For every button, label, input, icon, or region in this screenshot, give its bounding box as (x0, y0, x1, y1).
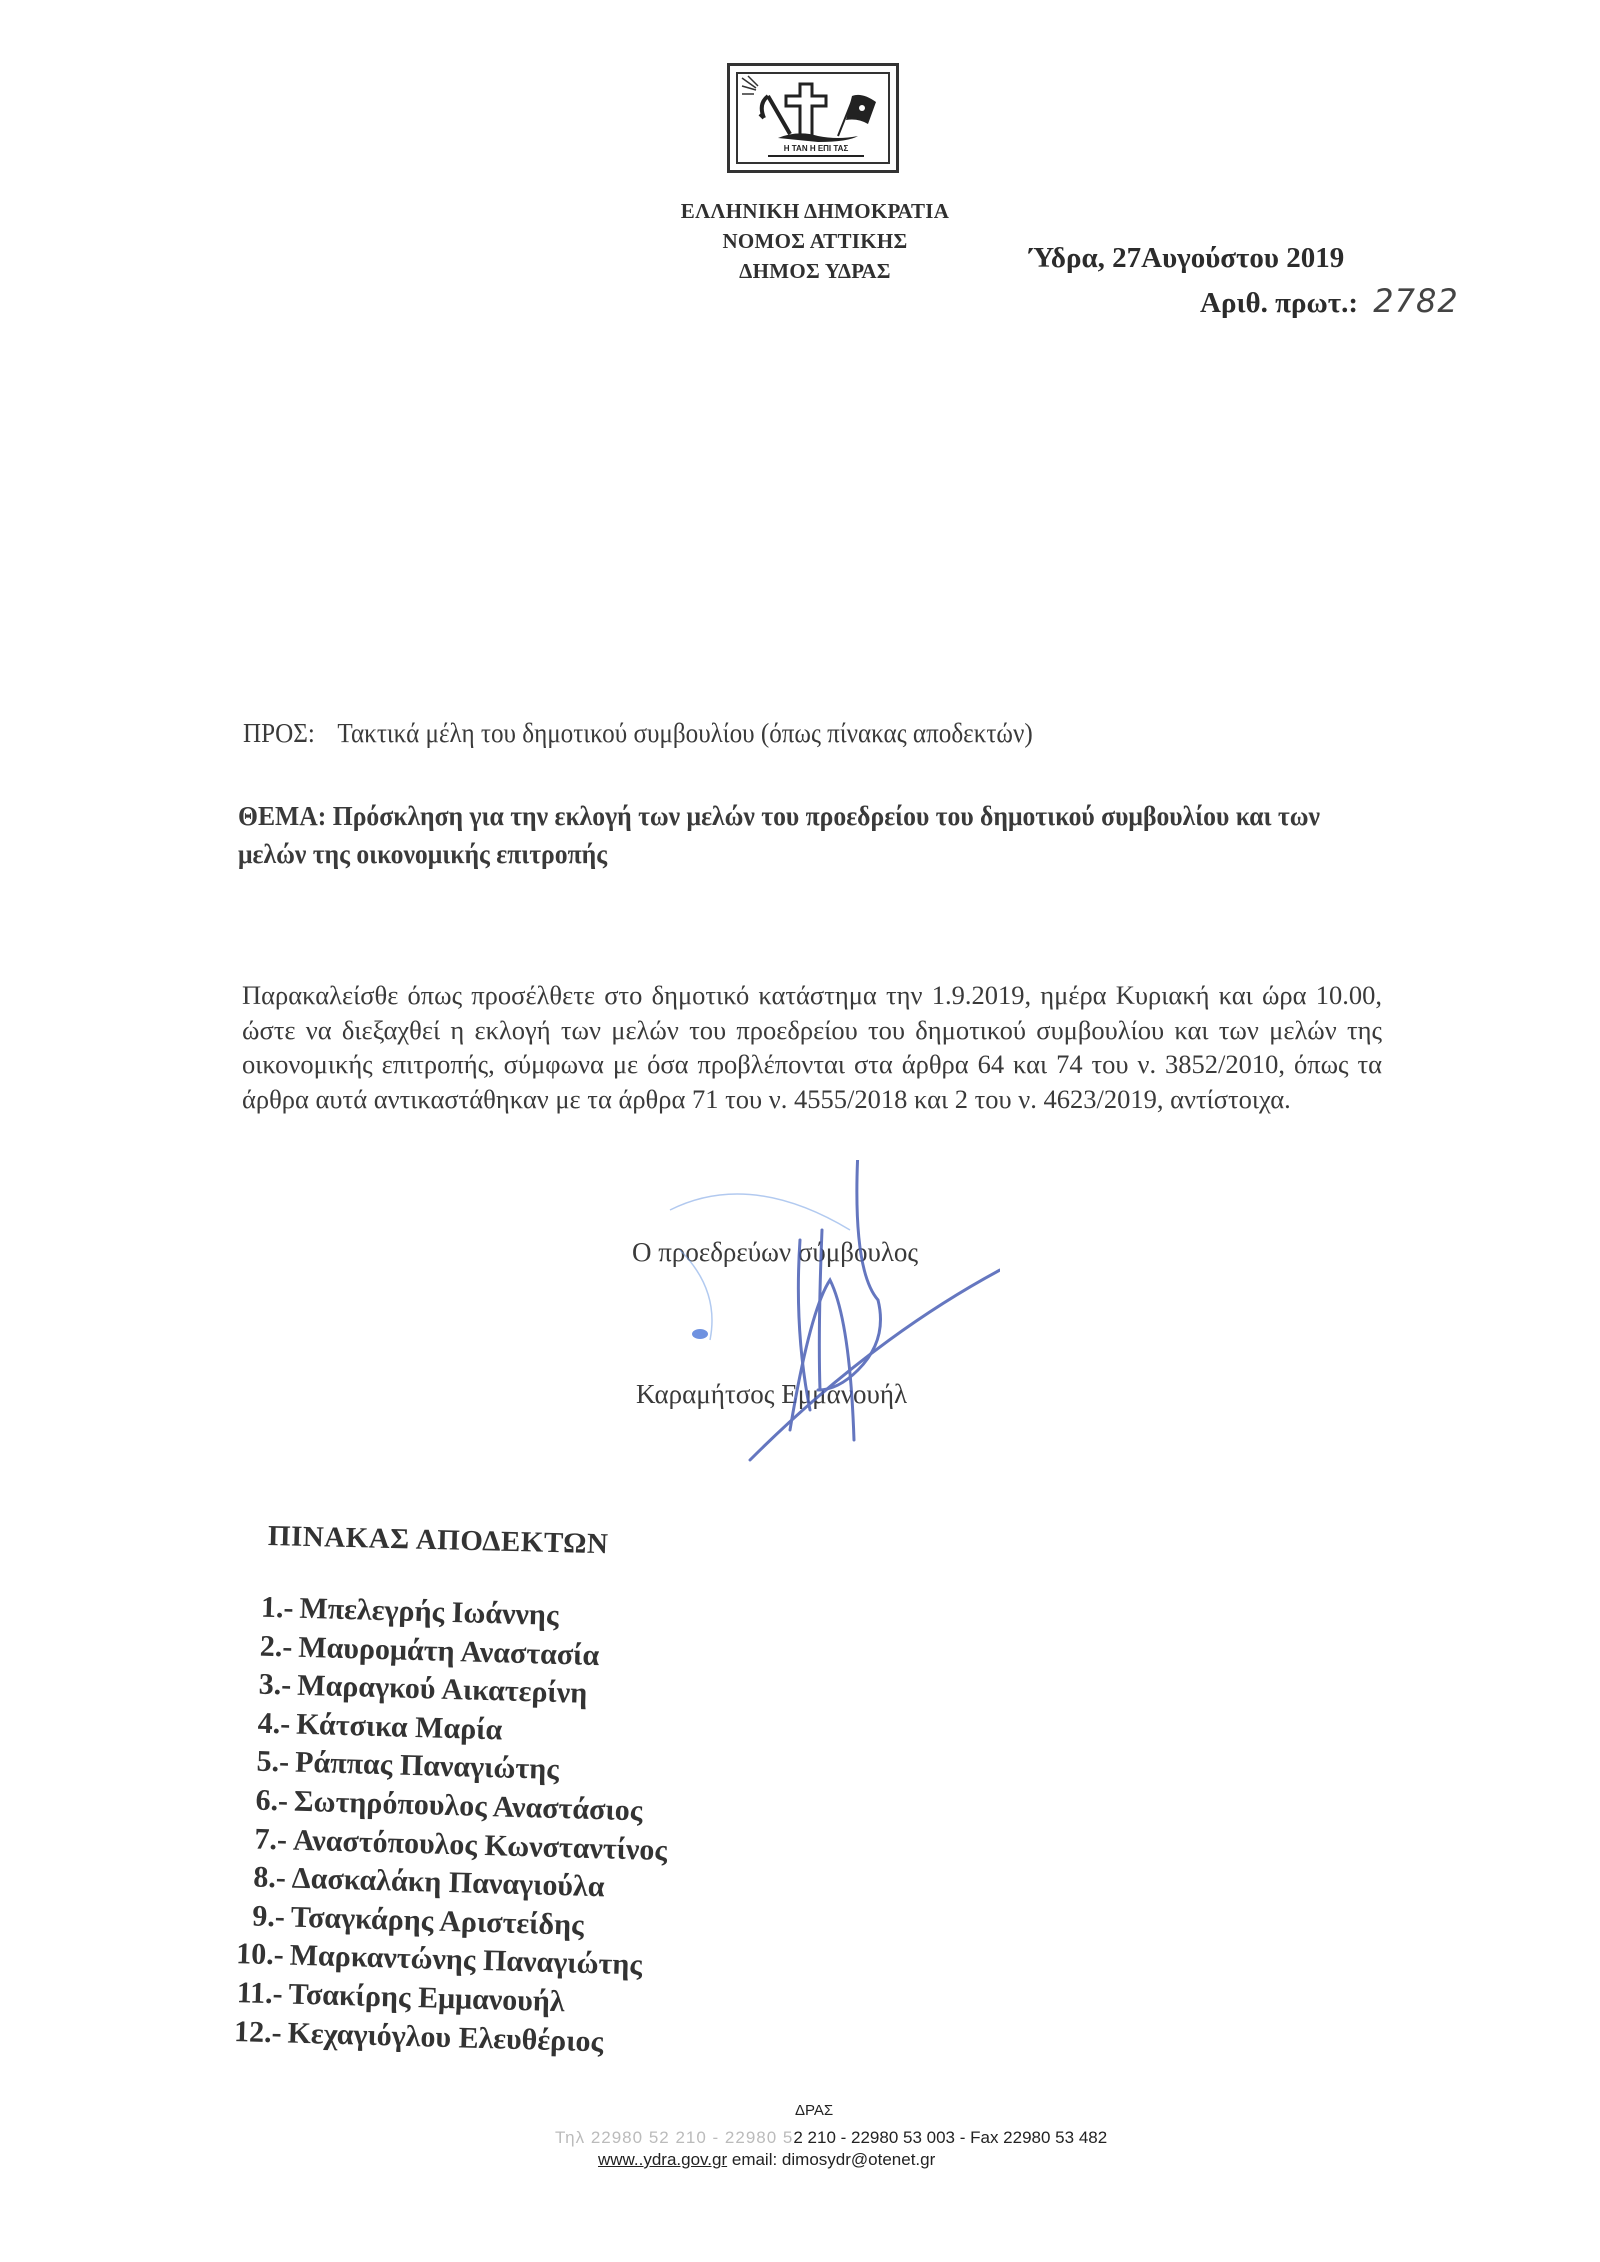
municipality-emblem: Η ΤΑΝ Η ΕΠΙ ΤΑΣ (727, 63, 899, 173)
footer-municipality: ΔΡΑΣ (795, 2102, 833, 2119)
subject-line: ΘΕΜΑ: Πρόσκληση για την εκλογή των μελών… (238, 797, 1340, 873)
signatory-title: Ο προεδρεύων σύμβουλος (632, 1237, 918, 1268)
recipient-number: 12.- (225, 2012, 282, 2052)
recipients-list: 1.-Μπελεγρής Ιωάννης2.-Μαυρομάτη Αναστασ… (225, 1588, 758, 2065)
recipient-line: ΠΡΟΣ: Τακτικά μέλη του δημοτικού συμβουλ… (243, 718, 1033, 749)
recipient-number: 2.- (236, 1627, 293, 1667)
footer-phones-faded: Τηλ 22980 52 210 - 22980 5 (555, 2128, 793, 2147)
recipient-number: 7.- (230, 1819, 287, 1859)
recipient-name: Μπελεγρής Ιωάννης (299, 1592, 559, 1632)
subject-text: Πρόσκληση για την εκλογή των μελών του π… (238, 801, 1320, 869)
protocol-label: Αριθ. πρωτ.: (1200, 287, 1358, 319)
recipient-name: Μαυρομάτη Αναστασία (298, 1630, 600, 1671)
issuer-prefecture: ΝΟΜΟΣ ΑΤΤΙΚΗΣ (640, 226, 990, 256)
recipient-number: 6.- (232, 1781, 289, 1821)
issuer-country: ΕΛΛΗΝΙΚΗ ΔΗΜΟΚΡΑΤΙΑ (640, 196, 990, 226)
recipient-number: 1.- (237, 1588, 294, 1628)
subject-label: ΘΕΜΑ: (238, 801, 326, 831)
recipient-name: Μαρκαντώνης Παναγιώτης (289, 1939, 642, 1982)
to-label: ΠΡΟΣ: (243, 718, 315, 748)
footer-phones-text: 2 210 - 22980 53 003 - Fax 22980 53 482 (793, 2128, 1107, 2147)
handwritten-signature-icon (640, 1160, 1000, 1480)
body-paragraph: Παρακαλείσθε όπως προσέλθετε στο δημοτικ… (242, 978, 1382, 1116)
protocol-number: 2782 (1373, 282, 1458, 320)
recipient-name: Δασκαλάκη Παναγιούλα (291, 1862, 604, 1904)
recipient-name: Αναστόπουλος Κωνσταντίνος (293, 1823, 668, 1866)
signatory-name: Καραμήτσος Εμμανουήλ (636, 1379, 907, 1410)
recipient-name: Σωτηρόπουλος Αναστάσιος (294, 1785, 643, 1828)
emblem-motto: Η ΤΑΝ Η ΕΠΙ ΤΑΣ (766, 144, 866, 153)
footer-email: email: dimosydr@otenet.gr (732, 2150, 935, 2169)
footer-phones: Τηλ 22980 52 210 - 22980 52 210 - 22980 … (555, 2128, 1107, 2148)
document-date: Ύδρα, 27Αυγούστου 2019 (1029, 242, 1344, 275)
recipient-name: Τσαγκάρης Αριστείδης (290, 1900, 584, 1941)
recipient-name: Τσακίρης Εμμανουήλ (288, 1978, 565, 2019)
recipient-number: 8.- (229, 1858, 286, 1898)
recipient-number: 4.- (234, 1704, 291, 1744)
footer-contact: www..ydra.gov.gr email: dimosydr@otenet.… (598, 2150, 935, 2170)
recipient-name: Κάτσικα Μαρία (296, 1707, 503, 1746)
recipient-number: 5.- (233, 1742, 290, 1782)
recipient-name: Κεχαγιόγλου Ελευθέριος (287, 2016, 604, 2058)
protocol-number-line: Αριθ. πρωτ.: 2782 (1200, 282, 1459, 320)
recipient-name: Ράππας Παναγιώτης (295, 1746, 560, 1786)
recipient-number: 9.- (228, 1897, 285, 1937)
issuer-block: ΕΛΛΗΝΙΚΗ ΔΗΜΟΚΡΑΤΙΑ ΝΟΜΟΣ ΑΤΤΙΚΗΣ ΔΗΜΟΣ … (640, 196, 990, 286)
recipient-number: 3.- (235, 1665, 292, 1705)
recipient-name: Μαραγκού Αικατερίνη (297, 1669, 588, 1710)
recipient-number: 11.- (226, 1974, 283, 2014)
issuer-municipality: ΔΗΜΟΣ ΥΔΡΑΣ (640, 256, 990, 286)
website-link[interactable]: www..ydra.gov.gr (598, 2150, 727, 2169)
recipients-title: ΠΙΝΑΚΑΣ ΑΠΟΔΕΚΤΩΝ (268, 1520, 609, 1561)
recipient-number: 10.- (227, 1935, 284, 1975)
to-text: Τακτικά μέλη του δημοτικού συμβουλίου (ό… (337, 718, 1032, 748)
